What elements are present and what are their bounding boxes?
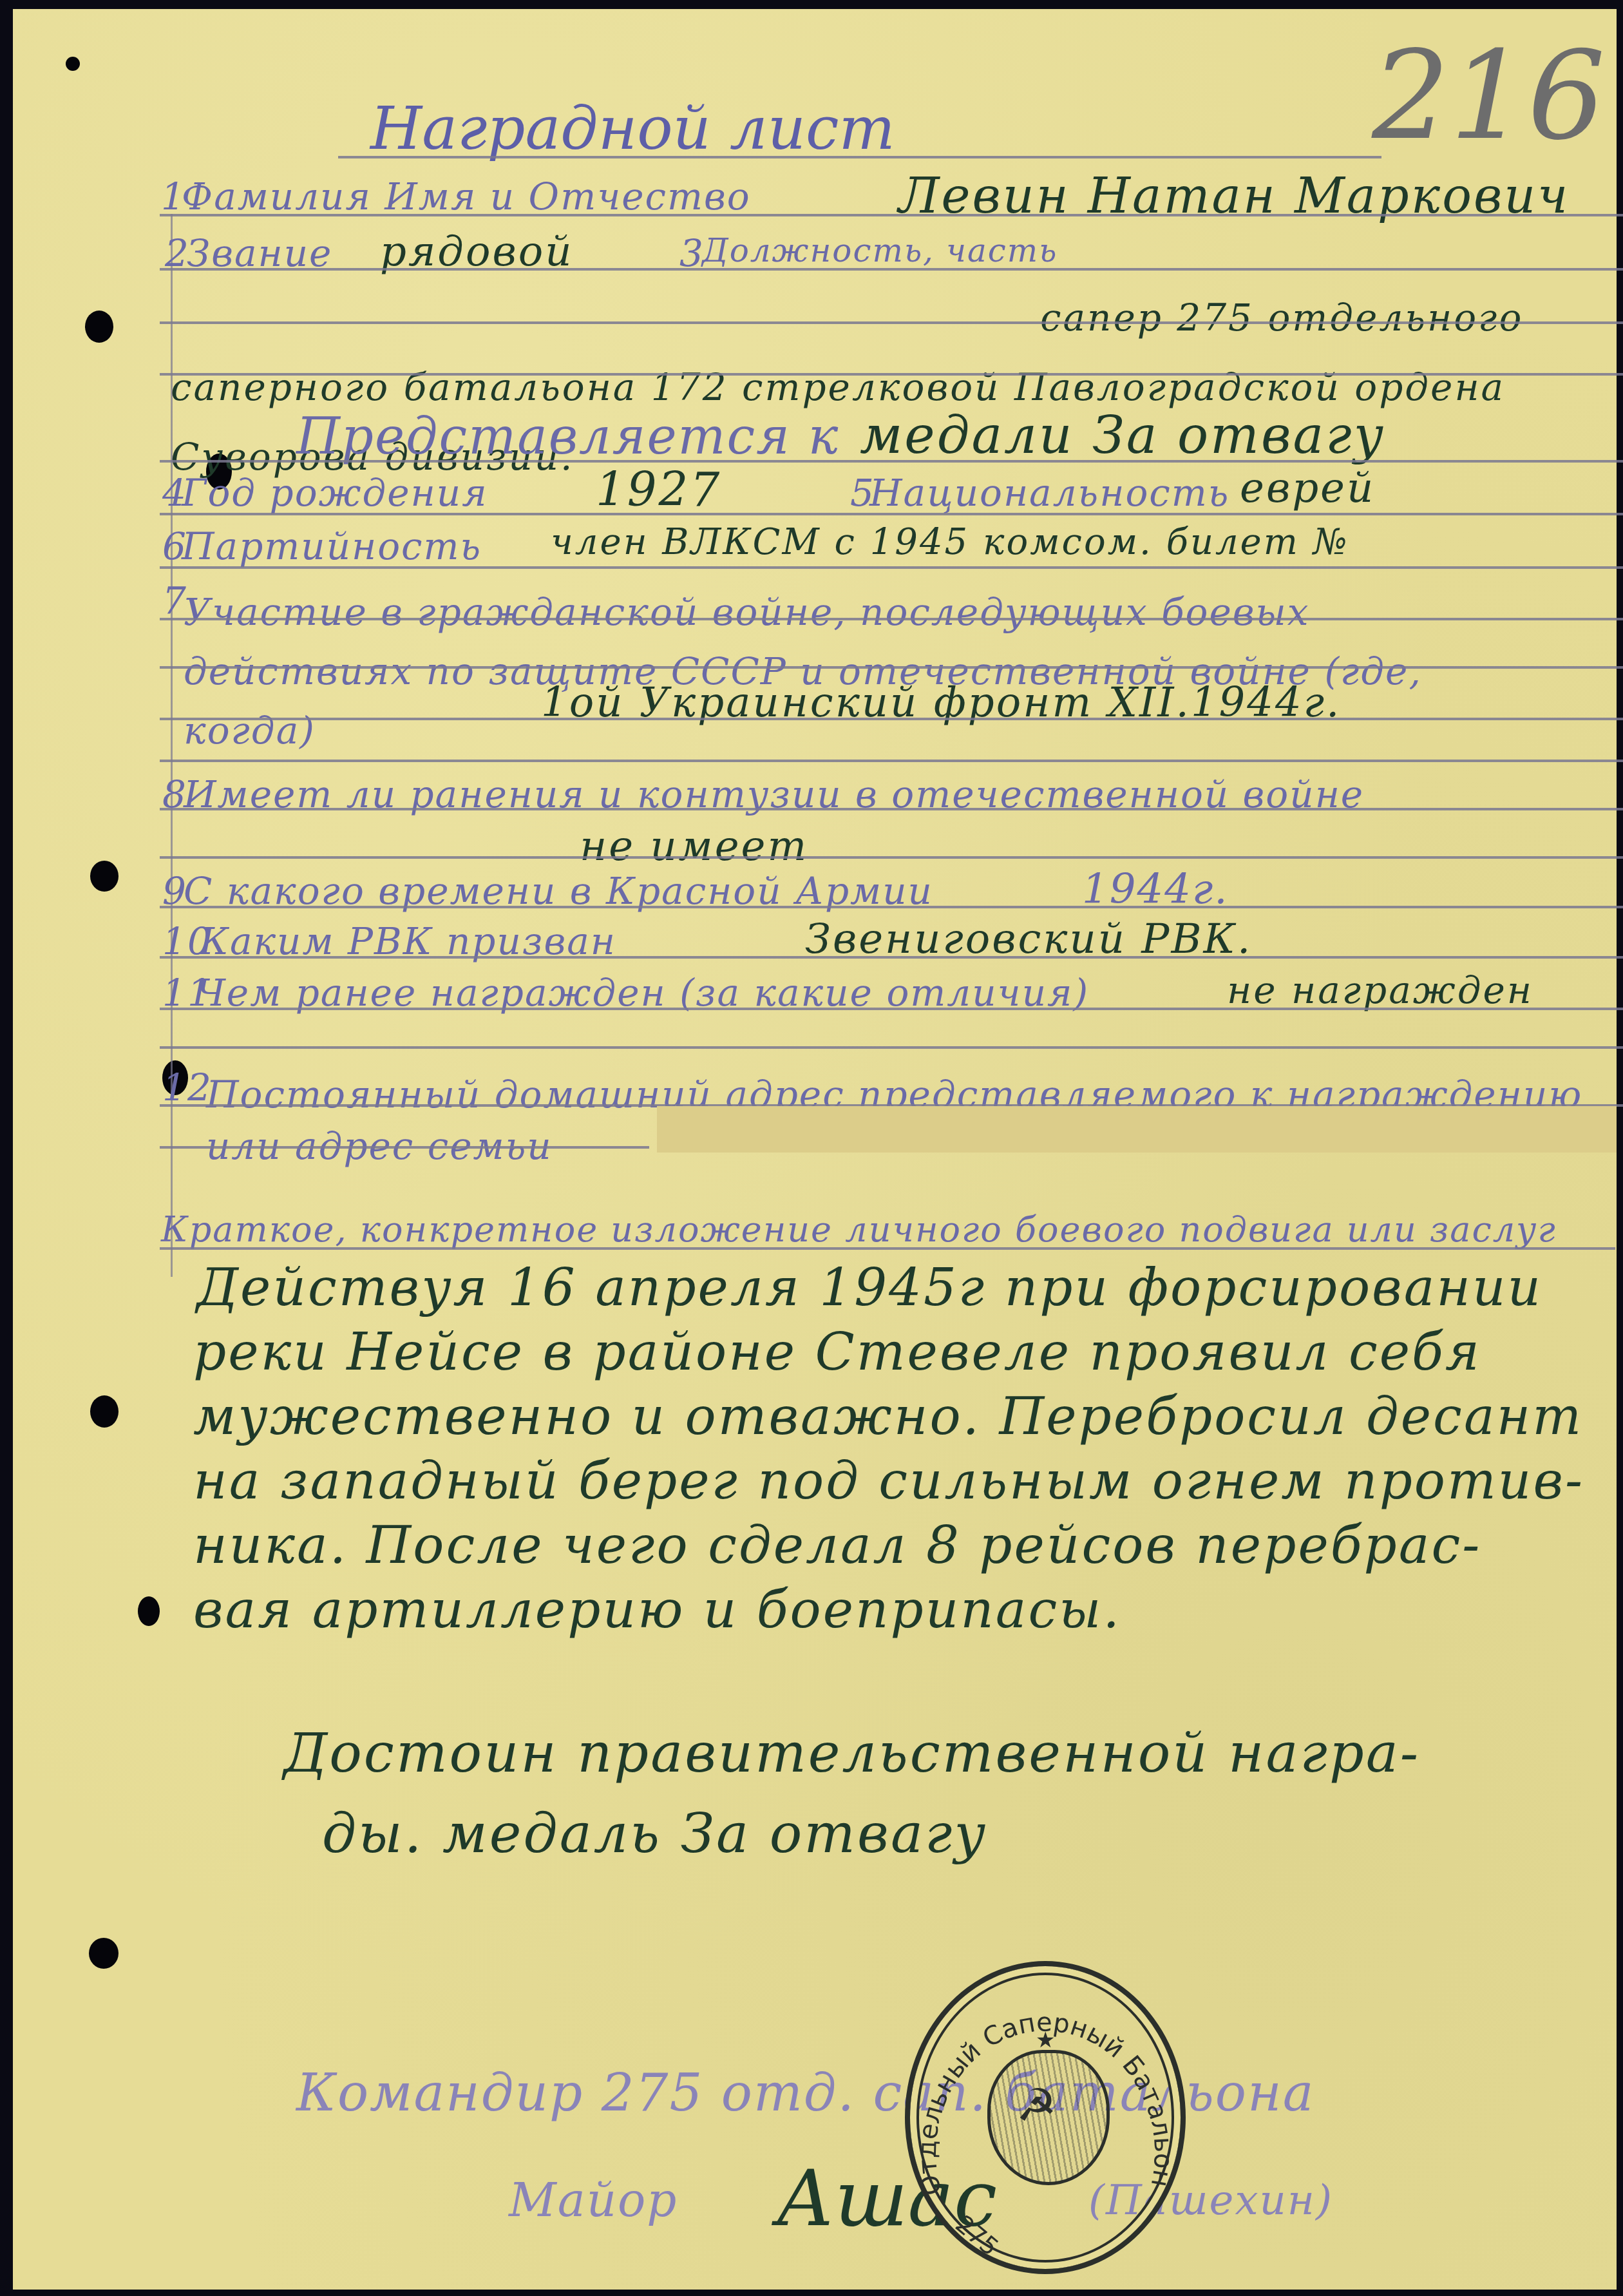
form-line bbox=[160, 906, 1623, 908]
field-label: Чем ранее награжден (за какие отличия) bbox=[196, 974, 1089, 1011]
form-line bbox=[160, 1146, 649, 1149]
punch-hole bbox=[85, 311, 113, 343]
field-value: еврей bbox=[1240, 468, 1375, 509]
punch-hole bbox=[138, 1596, 160, 1626]
punch-hole bbox=[89, 1938, 119, 1969]
form-line bbox=[160, 460, 1623, 463]
punch-hole bbox=[66, 57, 80, 71]
form-line bbox=[160, 618, 1623, 620]
feat-line: Действуя 16 апреля 1945г при форсировани… bbox=[196, 1262, 1542, 1314]
field-label: Представляется к bbox=[296, 412, 839, 462]
star-icon: ★ bbox=[1036, 2027, 1055, 2053]
form-line bbox=[160, 214, 1623, 216]
field-value: Левин Натан Маркович bbox=[898, 171, 1570, 220]
form-line bbox=[160, 760, 1623, 762]
field-label: Каким РВК призван bbox=[200, 923, 616, 960]
stamp-number: 275 bbox=[950, 2210, 1004, 2261]
feat-heading: Краткое, конкретное изложение личного бо… bbox=[161, 1212, 1557, 1247]
feat-line: мужественно и отважно. Перебросил десант bbox=[193, 1391, 1583, 1442]
form-line bbox=[160, 956, 1623, 959]
field-label: Должность, часть bbox=[702, 234, 1058, 267]
field-value: рядовой bbox=[380, 231, 573, 273]
field-label: Участие в гражданской войне, последующих… bbox=[184, 582, 1536, 760]
archive-number: 216 bbox=[1372, 35, 1606, 157]
form-line bbox=[160, 856, 1623, 859]
form-line bbox=[160, 808, 1623, 810]
punch-hole bbox=[90, 861, 119, 892]
field-label: Звание bbox=[187, 234, 332, 272]
form-line bbox=[160, 321, 1623, 324]
field-label: Год рождения bbox=[182, 474, 488, 512]
field-value: не имеет bbox=[580, 826, 808, 867]
field-number: 3 bbox=[679, 234, 705, 272]
feat-line: вая артиллерию и боеприпасы. bbox=[193, 1584, 1121, 1636]
form-line bbox=[160, 1008, 1623, 1010]
field-label: С какого времени в Красной Армии bbox=[184, 872, 933, 910]
form-line bbox=[160, 1046, 1623, 1049]
feat-line: на западный берег под сильным огнем прот… bbox=[193, 1455, 1584, 1507]
feat-line: реки Нейсе в районе Стевеле проявил себя bbox=[193, 1326, 1481, 1378]
hammer-sickle-icon: ☭ bbox=[1016, 2079, 1057, 2132]
unit-stamp: Отдельный Саперный Батальон 275 ★ ☭ bbox=[905, 1961, 1186, 2274]
field-number: 12 bbox=[162, 1069, 213, 1106]
field-label: Партийность bbox=[182, 528, 482, 565]
field-value: Звениговский РВК. bbox=[805, 919, 1252, 960]
field-value: 1944г. bbox=[1082, 869, 1229, 910]
conclusion-line: Достоин правительственной награ- bbox=[283, 1726, 1420, 1780]
field-value: не награжден bbox=[1227, 971, 1533, 1009]
field-label: Национальность bbox=[869, 474, 1229, 512]
commander-rank: Майор bbox=[509, 2177, 678, 2223]
field-label: Фамилия Имя и Отчество bbox=[182, 178, 751, 215]
punch-hole bbox=[90, 1395, 119, 1428]
form-line bbox=[160, 666, 1623, 669]
form-line bbox=[160, 373, 1623, 376]
field-value: медали За отвагу bbox=[860, 410, 1385, 461]
award-sheet-page: 216 Наградной лист 1 Фамилия Имя и Отчес… bbox=[13, 9, 1617, 2290]
redacted-address bbox=[657, 1106, 1617, 1153]
form-line bbox=[160, 513, 1623, 515]
form-line bbox=[160, 1247, 1615, 1250]
form-line bbox=[160, 268, 1623, 271]
form-line bbox=[160, 718, 1623, 720]
conclusion-line: ды. медаль За отвагу bbox=[322, 1806, 987, 1861]
feat-line: ника. После чего сделал 8 рейсов перебра… bbox=[193, 1520, 1481, 1571]
divider bbox=[338, 156, 1381, 158]
field-value: 1927 bbox=[596, 466, 721, 513]
page-title: Наградной лист bbox=[370, 99, 895, 158]
form-line bbox=[160, 566, 1623, 569]
field-value: член ВЛКСМ с 1945 комсом. билет № bbox=[551, 524, 1349, 560]
